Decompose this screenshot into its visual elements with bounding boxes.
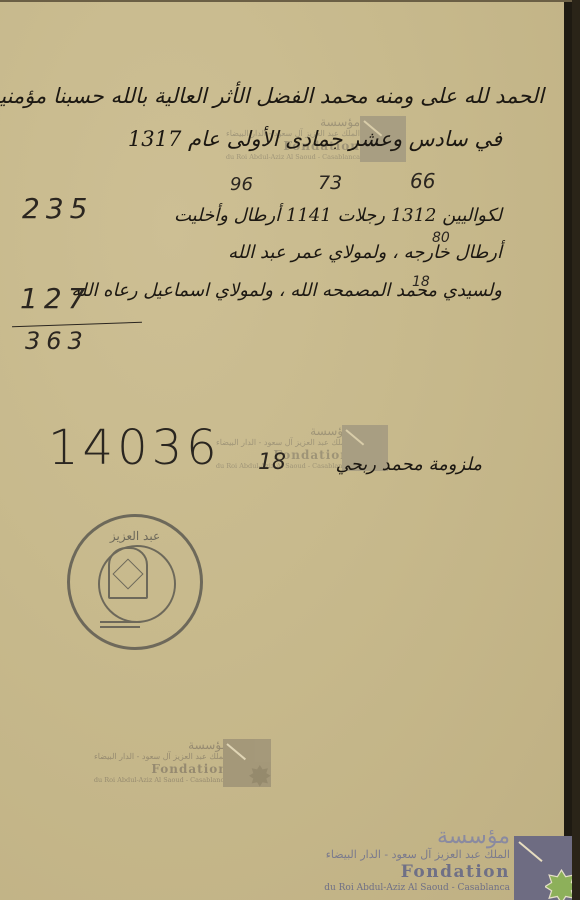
manuscript-line-1: الحمد لله على ومنه محمد الفضل الأثر العا… xyxy=(0,84,544,108)
annotation-number: 66 xyxy=(410,169,435,193)
watermark-french-title: Fondation xyxy=(300,862,510,882)
stamp-bar xyxy=(100,626,140,628)
watermark-french-title: Fondation xyxy=(78,762,228,776)
foundation-logo-icon xyxy=(223,739,271,787)
margin-number: 127 xyxy=(20,282,91,315)
stamp-bar xyxy=(100,621,140,623)
manuscript-page: مؤسسة الملك عبد العزيز آل سعود - الدار ا… xyxy=(0,0,572,900)
watermark-french-subtitle: du Roi Abdul-Aziz Al Saoud - Casablanca xyxy=(210,153,360,162)
manuscript-line-3: لكواليين 1312 رجلات 1141 أرطال وأخليت xyxy=(174,205,502,226)
watermark-arabic-title: مؤسسة xyxy=(78,739,228,752)
margin-number: 235 xyxy=(22,192,93,225)
catalog-suffix: 18 xyxy=(258,450,286,475)
watermark-lower: مؤسسة الملك عبد العزيز آل سعود - الدار ا… xyxy=(48,739,278,799)
seal-stamp: عبد العزيز xyxy=(67,514,203,650)
scan-edge xyxy=(564,2,572,900)
manuscript-line-4: أرطال خارجه ، ولمولاي عمر عبد الله xyxy=(228,242,502,263)
watermark-arabic-subtitle: الملك عبد العزيز آل سعود - الدار البيضاء xyxy=(200,438,350,448)
catalog-number: 14036 xyxy=(48,420,221,476)
stamp-text: عبد العزيز xyxy=(70,529,200,543)
signature-line: ملزومة محمد ربحي xyxy=(336,454,482,475)
manuscript-line-2: في سادس وعشر جمادى الأولى عام 1317 xyxy=(128,127,502,151)
margin-number: 363 xyxy=(25,327,89,355)
annotation-number: 73 xyxy=(318,172,342,194)
watermark-arabic-title: مؤسسة xyxy=(200,425,350,438)
annotation-number: 96 xyxy=(230,174,253,195)
watermark-arabic-subtitle: الملك عبد العزيز آل سعود - الدار البيضاء xyxy=(78,752,228,762)
watermark-french-subtitle: du Roi Abdul-Aziz Al Saoud - Casablanca xyxy=(78,776,228,785)
watermark-colored: مؤسسة الملك عبد العزيز آل سعود - الدار ا… xyxy=(300,824,572,900)
foundation-logo-icon xyxy=(514,836,572,900)
manuscript-line-5: ولسيدي محمد المصمحه الله ، ولمولاي اسماع… xyxy=(71,280,502,301)
watermark-french-subtitle: du Roi Abdul-Aziz Al Saoud - Casablanca xyxy=(300,882,510,894)
watermark-arabic-subtitle: الملك عبد العزيز آل سعود - الدار البيضاء xyxy=(300,848,510,862)
watermark-arabic-title: مؤسسة xyxy=(300,826,510,848)
